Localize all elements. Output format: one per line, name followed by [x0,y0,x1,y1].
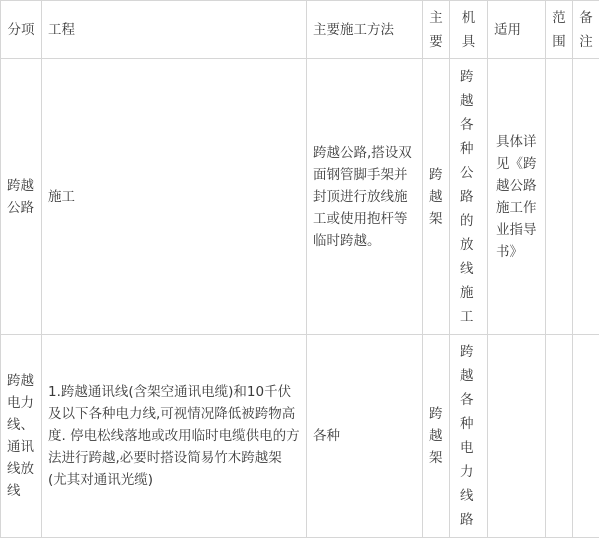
cell-category: 跨越公路 [1,59,42,335]
cell-main: 跨越架 [423,335,450,538]
header-row: 分项 工程 主要施工方法 主 要 机 具 适用 范 围 [1,1,599,59]
header-method: 主要施工方法 [307,1,423,59]
cell-scope [546,335,573,538]
header-equipment: 机 具 [450,1,488,59]
cell-project: 1.跨越通讯线(含架空通讯电缆)和10千伏及以下各种电力线,可视情况降低被跨物高… [42,335,307,538]
cell-applicable [488,335,546,538]
cell-remarks [573,59,599,335]
table-row: 跨越电力线、通讯线放线 1.跨越通讯线(含架空通讯电缆)和10千伏及以下各种电力… [1,335,599,538]
cell-method: 各种 [307,335,423,538]
table-row: 跨越公路 施工 跨越公路,搭设双面钢管脚手架并封顶进行放线施工或使用抱杆等临时跨… [1,59,599,335]
cell-main: 跨越架 [423,59,450,335]
cell-category: 跨越电力线、通讯线放线 [1,335,42,538]
header-scope: 范 围 [546,1,573,59]
cell-scope [546,59,573,335]
construction-methods-table: 分项 工程 主要施工方法 主 要 机 具 适用 范 围 [0,0,599,538]
cell-remarks [573,335,599,538]
header-category: 分项 [1,1,42,59]
header-remarks: 备 注 [573,1,599,59]
header-main: 主 要 [423,1,450,59]
cell-applicable: 具体详见《跨越公路施工作业指导书》 [488,59,546,335]
cell-equipment: 跨越各种电力线路 [450,335,488,538]
cell-method: 跨越公路,搭设双面钢管脚手架并封顶进行放线施工或使用抱杆等临时跨越。 [307,59,423,335]
cell-project: 施工 [42,59,307,335]
cell-equipment: 跨越各种公路的放线施工 [450,59,488,335]
header-project: 工程 [42,1,307,59]
header-applicable: 适用 [488,1,546,59]
